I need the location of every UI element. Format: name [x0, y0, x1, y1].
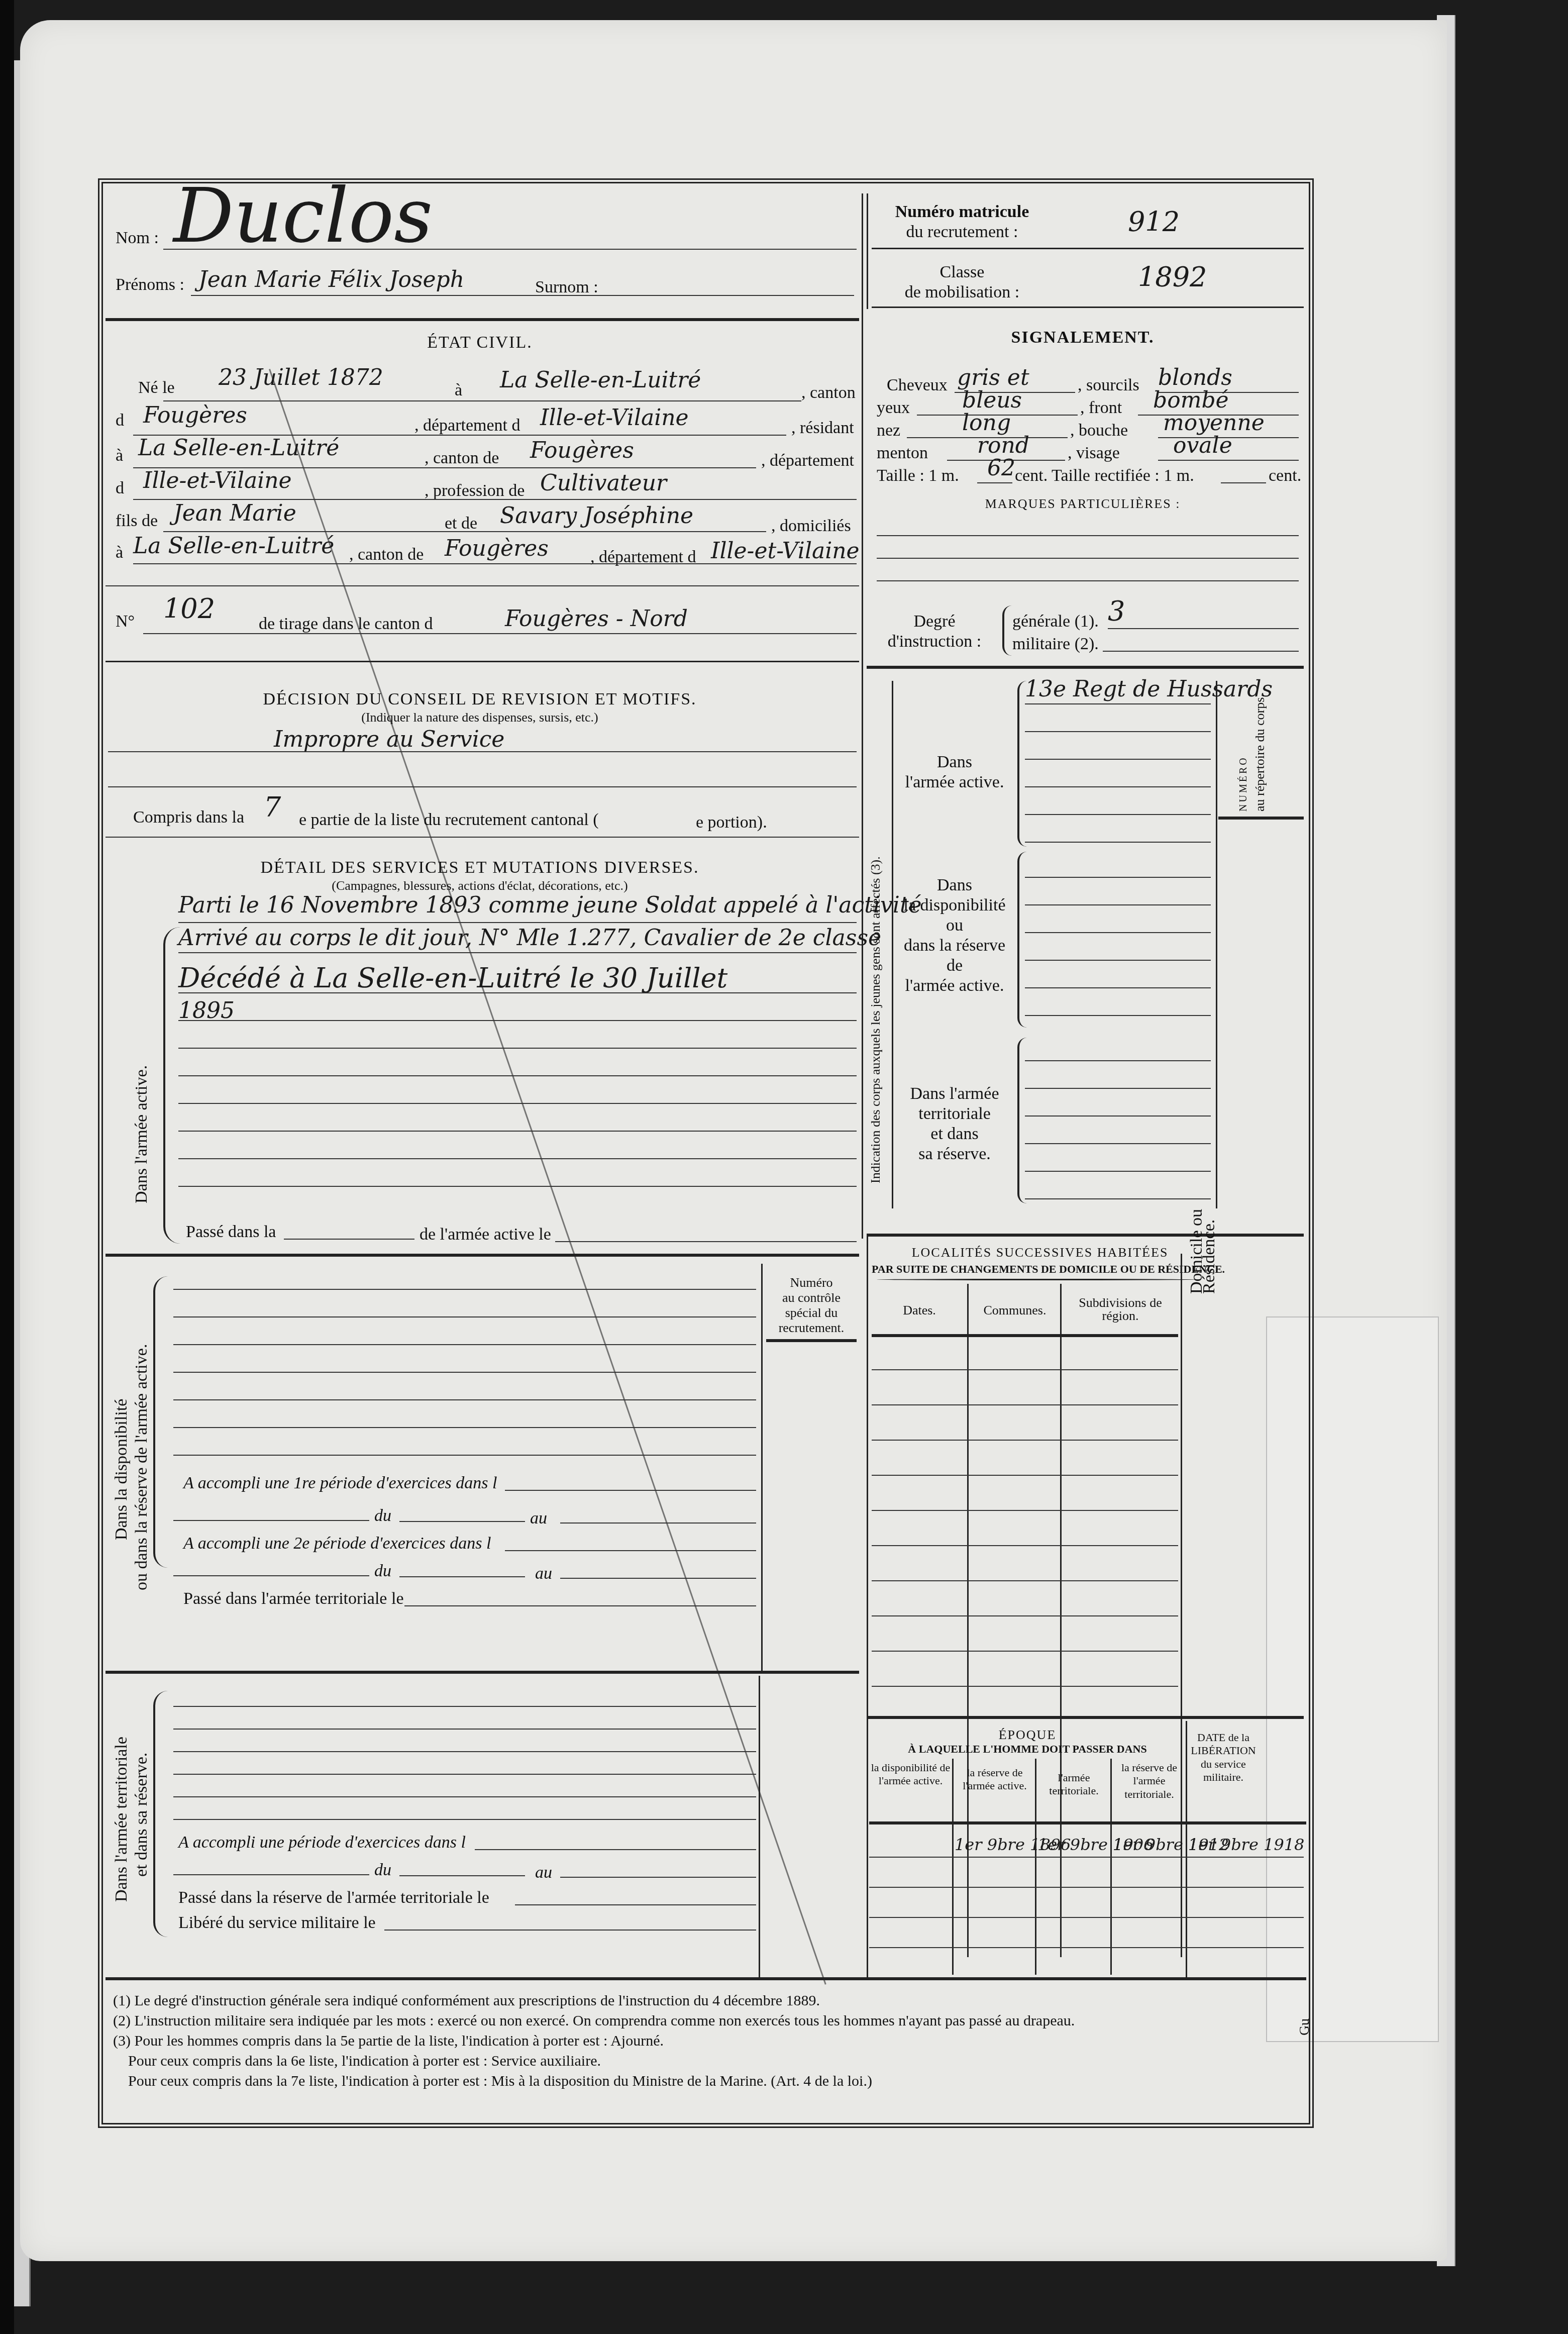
- corps-active-label-1: Dans: [897, 754, 1012, 771]
- epoque-col-territoriale: l'armée territoriale.: [1037, 1771, 1110, 1798]
- localites-title: LOCALITÉS SUCCESSIVES HABITÉES: [877, 1246, 1203, 1259]
- services-title: DÉTAIL DES SERVICES ET MUTATIONS DIVERSE…: [203, 859, 756, 876]
- yeux-label: yeux: [877, 399, 910, 417]
- services-subtitle: (Campagnes, blessures, actions d'éclat, …: [229, 879, 731, 892]
- column-divider: [862, 193, 863, 1239]
- underline: [173, 1455, 756, 1456]
- epoque-subtitle: À LAQUELLE L'HOMME DOIT PASSER DANS: [872, 1744, 1183, 1755]
- underline: [173, 1316, 756, 1317]
- decision-title: DÉCISION DU CONSEIL DE REVISION ET MOTIF…: [203, 691, 756, 708]
- canton-de-label: , canton de: [425, 450, 499, 467]
- underline: [173, 1575, 369, 1576]
- divider: [106, 585, 859, 586]
- underline: [515, 1904, 756, 1905]
- underline: [1108, 628, 1299, 629]
- underline: [173, 1774, 756, 1775]
- terr-vertical-label-2: et dans sa réserve.: [133, 1753, 150, 1877]
- underline: [872, 1545, 1178, 1546]
- divider: [766, 1339, 857, 1342]
- profession-label: , profession de: [425, 482, 525, 499]
- libere-label: Libéré du service militaire le: [178, 1914, 376, 1932]
- underline: [869, 1917, 1304, 1918]
- passe-label-1: Passé dans la: [186, 1224, 276, 1241]
- nez-label: nez: [877, 422, 900, 439]
- corps-terr-brace: [1017, 1038, 1027, 1203]
- corps-dispo-label-1: la disponibilité: [897, 897, 1012, 914]
- parents-canton-label: , canton de: [349, 546, 424, 563]
- service-line-2: Arrivé au corps le dit jour, N° Mle 1.27…: [178, 927, 881, 949]
- underline: [173, 1427, 756, 1428]
- divider: [867, 666, 1304, 669]
- dispo-vertical-label-1: Dans la disponibilité: [113, 1399, 130, 1540]
- underline: [173, 1344, 756, 1345]
- service-line-3: Décédé à La Selle-en-Luitré le 30 Juille…: [178, 965, 727, 992]
- footnote-1: (1) Le degré d'instruction générale sera…: [113, 1992, 1299, 2009]
- localites-col-subdivisions: Subdivisions de région.: [1063, 1296, 1178, 1323]
- underline: [1025, 1198, 1211, 1199]
- form-frame: Nom : Duclos Prénoms : Jean Marie Félix …: [98, 178, 1314, 2128]
- underline: [505, 1550, 756, 1551]
- fils-de-label: fils de: [116, 513, 158, 530]
- corps-dispo-label-5: l'armée active.: [897, 977, 1012, 994]
- underline: [173, 1289, 756, 1290]
- underline: [505, 1490, 756, 1491]
- taille-end: cent.: [1269, 467, 1301, 484]
- signalement-title: SIGNALEMENT.: [957, 329, 1208, 346]
- birth-date: 23 Juillet 1872: [219, 367, 383, 389]
- active-vertical-label: Dans l'armée active.: [133, 1065, 150, 1203]
- corps-active-brace: [1017, 681, 1027, 847]
- underline: [872, 1404, 1178, 1405]
- d-label: d: [116, 412, 124, 429]
- divider: [872, 248, 1304, 249]
- decision-value: Impropre au Service: [274, 729, 504, 751]
- front-value: bombé: [1153, 389, 1229, 412]
- underline: [178, 1158, 857, 1159]
- column-divider: [867, 1234, 868, 1977]
- parents-canton: Fougères: [445, 538, 549, 560]
- sourcils-label: , sourcils: [1078, 377, 1139, 394]
- service-line-1: Parti le 16 Novembre 1893 comme jeune So…: [178, 894, 922, 917]
- underline: [178, 922, 857, 923]
- underline: [977, 482, 1012, 483]
- underline: [877, 580, 1299, 581]
- edge-text: Gu: [1298, 2018, 1312, 2036]
- numero-repertoire-divider: [1216, 681, 1217, 1208]
- underline: [173, 1751, 756, 1752]
- visage-label: , visage: [1068, 445, 1120, 462]
- underline: [1025, 932, 1211, 933]
- divider: [872, 307, 1304, 308]
- underline: [173, 1796, 756, 1797]
- au-label: au: [530, 1510, 547, 1527]
- service-line-4: 1895: [178, 1000, 235, 1022]
- underline: [872, 1369, 1178, 1370]
- instruction-label-2: d'instruction :: [877, 633, 992, 650]
- underline: [1025, 1143, 1211, 1144]
- underline: [1025, 842, 1211, 843]
- ne-le-label: Né le: [138, 379, 175, 396]
- corps-active-label-2: l'armée active.: [897, 774, 1012, 791]
- numero-controle-3: spécial du: [766, 1306, 857, 1320]
- birth-canton: Fougères: [143, 404, 247, 427]
- underline: [1025, 1088, 1211, 1089]
- footnote-3: (3) Pour les hommes compris dans la 5e p…: [113, 2033, 1299, 2050]
- periode1-label: A accompli une 1re période d'exercices d…: [183, 1475, 497, 1492]
- underline: [1025, 786, 1211, 787]
- underline: [1025, 731, 1211, 732]
- corps-active-value: 13e Regt de Hussards: [1025, 678, 1273, 700]
- matricule-label-1: Numéro matricule: [887, 204, 1037, 221]
- underline: [872, 1440, 1178, 1441]
- nom-underline: [163, 249, 857, 250]
- parents-a-label: à: [116, 544, 123, 561]
- terr-vertical-label-1: Dans l'armée territoriale: [113, 1737, 130, 1902]
- underline: [1221, 482, 1266, 483]
- localites-col-divider: [967, 1284, 969, 1957]
- taille-label: Taille : 1 m.: [877, 467, 959, 484]
- localites-side-label-2: Résidence.: [1201, 1220, 1218, 1294]
- a-label: à: [455, 382, 462, 399]
- nom-label: Nom :: [116, 230, 159, 247]
- passe-reserve-label: Passé dans la réserve de l'armée territo…: [178, 1889, 489, 1906]
- corps-dispo-label-2: ou: [897, 917, 1012, 934]
- underline: [163, 400, 801, 401]
- yeux-value: bleus: [962, 389, 1022, 412]
- epoque-title: ÉPOQUE: [872, 1729, 1183, 1742]
- compris-partie: 7: [264, 794, 281, 821]
- corps-terr-label-3: sa réserve.: [897, 1146, 1012, 1163]
- epoque-col-divider: [952, 1759, 954, 1975]
- marques-title: MARQUES PARTICULIÈRES :: [957, 497, 1208, 511]
- underline: [555, 1241, 857, 1242]
- bouche-value: moyenne: [1163, 412, 1265, 434]
- residence-departement: Ille-et-Vilaine: [143, 470, 292, 492]
- underline: [1025, 877, 1211, 878]
- classe-label-1: Classe: [887, 264, 1037, 281]
- domicilies-label: , domiciliés: [771, 518, 851, 535]
- decision-subtitle: (Indiquer la nature des dispenses, sursi…: [254, 711, 706, 724]
- prenoms-underline: [191, 295, 854, 296]
- footnote-4: Pour ceux compris dans la 6e liste, l'in…: [113, 2053, 1314, 2070]
- birth-departement: Ille-et-Vilaine: [540, 407, 689, 429]
- underline: [178, 1048, 857, 1049]
- classe-value: 1892: [1138, 264, 1207, 291]
- terr-brace: [153, 1691, 168, 1937]
- footnote-2: (2) L'instruction militaire sera indiqué…: [113, 2012, 1299, 2029]
- nom-value: Duclos: [173, 178, 433, 254]
- tirage-no-label: N°: [116, 613, 135, 630]
- father-name: Jean Marie: [173, 502, 296, 525]
- underline: [872, 1651, 1178, 1652]
- underline: [869, 1947, 1304, 1948]
- underline: [560, 1877, 756, 1878]
- divider: [872, 1334, 1178, 1337]
- underline: [1025, 1171, 1211, 1172]
- underline: [475, 1849, 756, 1850]
- corps-terr-label-2: et dans: [897, 1126, 1012, 1143]
- departement-label: , département d: [414, 417, 520, 434]
- divider: [1218, 817, 1304, 820]
- taille-value: 62: [987, 457, 1015, 479]
- underline: [108, 786, 857, 787]
- terr-periode-label: A accompli une période d'exercices dans …: [178, 1834, 466, 1851]
- dispo-vertical-label-2: ou dans la réserve de l'armée active.: [133, 1344, 150, 1590]
- divider: [106, 1671, 859, 1674]
- prenoms-value: Jean Marie Félix Joseph: [198, 269, 464, 291]
- underline: [1025, 759, 1211, 760]
- departement2-label: , département: [761, 452, 854, 469]
- underline: [877, 558, 1299, 559]
- numero-controle-2: au contrôle: [766, 1291, 857, 1304]
- numero-controle-divider: [761, 1264, 763, 1671]
- epoque-col-reserve-territoriale: la réserve de l'armée territoriale.: [1113, 1761, 1186, 1801]
- underline: [178, 1075, 857, 1076]
- tirage-text: de tirage dans le canton d: [259, 616, 433, 633]
- underline: [284, 1239, 414, 1240]
- underline: [173, 1399, 756, 1400]
- parents-dept: Ille-et-Vilaine: [711, 540, 860, 562]
- underline: [173, 1874, 369, 1875]
- parents-place: La Selle-en-Luitré: [133, 535, 334, 557]
- underline: [399, 1875, 525, 1876]
- liberation-label: DATE de la LIBÉRATION du service militai…: [1188, 1731, 1259, 1784]
- cheveux-label: Cheveux: [887, 377, 948, 394]
- du-label: du: [374, 1507, 391, 1525]
- militaire-label: militaire (2).: [1012, 636, 1099, 653]
- residence-place: La Selle-en-Luitré: [138, 437, 339, 459]
- classe-label-2: de mobilisation :: [887, 284, 1037, 301]
- underline: [108, 751, 857, 752]
- underline: [399, 1576, 525, 1577]
- underline: [173, 1706, 756, 1707]
- front-label: , front: [1080, 399, 1122, 417]
- underline: [404, 1605, 756, 1606]
- underline: [1025, 987, 1211, 988]
- underline: [178, 1020, 857, 1021]
- book-spine: [0, 0, 14, 2334]
- terr-divider: [759, 1676, 760, 1977]
- underline: [1025, 814, 1211, 815]
- generale-label: générale (1).: [1012, 613, 1099, 630]
- underline: [1025, 1015, 1211, 1016]
- passe-label-2: de l'armée active le: [420, 1226, 551, 1243]
- compris-end: e portion).: [696, 814, 767, 831]
- divider: [106, 1977, 1306, 1980]
- underline: [178, 952, 857, 953]
- underline: [872, 1615, 1178, 1616]
- residant-label: , résidant: [791, 420, 854, 437]
- numero-repertoire-label-1: NUMÉRO: [1238, 756, 1248, 811]
- matricule-box-border: [867, 193, 868, 309]
- underline: [1025, 1115, 1211, 1117]
- corps-dispo-label-0: Dans: [897, 877, 1012, 894]
- au-label: au: [535, 1565, 552, 1582]
- au-label: au: [535, 1864, 552, 1881]
- bouche-label: , bouche: [1070, 422, 1128, 439]
- underline: [173, 1372, 756, 1373]
- canton-label: , canton: [801, 384, 856, 401]
- underline: [869, 1857, 1304, 1858]
- underline: [178, 1103, 857, 1104]
- prenoms-label: Prénoms :: [116, 276, 184, 293]
- underline: [133, 563, 857, 564]
- underline: [560, 1578, 756, 1579]
- generale-value: 3: [1108, 598, 1125, 625]
- numero-repertoire-label-2: au répertoire du corps.: [1253, 694, 1267, 811]
- divider: [867, 1234, 1304, 1237]
- underline: [1103, 651, 1299, 652]
- tirage-canton: Fougères - Nord: [505, 608, 688, 630]
- underline: [560, 1523, 756, 1524]
- epoque-col-divider: [1035, 1759, 1036, 1975]
- underline: [877, 535, 1299, 536]
- epoque-col-divider: [1110, 1759, 1112, 1975]
- cheveux-value: gris et: [957, 367, 1029, 389]
- sourcils-value: blonds: [1158, 367, 1232, 389]
- d2-label: d: [116, 480, 124, 497]
- underline: [178, 992, 857, 993]
- tirage-number: 102: [163, 595, 215, 623]
- instruction-label-1: Degré: [877, 613, 992, 630]
- liberation-value: 1er 9bre 1918: [1188, 1837, 1304, 1853]
- dispo-brace: [153, 1276, 168, 1568]
- underline: [173, 1520, 369, 1521]
- residence-canton: Fougères: [530, 440, 634, 462]
- taille-cent-label: cent. Taille rectifiée : 1 m.: [1015, 467, 1194, 484]
- matricule-label-2: du recrutement :: [887, 224, 1037, 241]
- underline: [1025, 1060, 1211, 1061]
- corps-terr-label-1: territoriale: [897, 1105, 1012, 1123]
- underline: [173, 1819, 756, 1820]
- underline: [872, 1475, 1178, 1476]
- underline: [178, 1131, 857, 1132]
- profession-value: Cultivateur: [540, 472, 667, 494]
- localites-brace: [877, 1279, 1198, 1280]
- surnom-label: Surnom :: [535, 279, 598, 296]
- divider: [106, 661, 859, 662]
- underline: [1158, 460, 1299, 461]
- corps-dispo-brace: [1017, 852, 1027, 1028]
- underline: [1025, 960, 1211, 961]
- underline: [173, 1729, 756, 1730]
- corps-dispo-label-3: dans la réserve: [897, 937, 1012, 954]
- localites-col-divider: [1060, 1284, 1062, 1957]
- du-label: du: [374, 1862, 391, 1879]
- localites-col-dates: Dates.: [872, 1304, 967, 1317]
- underline: [1025, 703, 1211, 704]
- visage-value: ovale: [1173, 435, 1232, 457]
- divider: [106, 837, 859, 838]
- underline: [1025, 904, 1211, 905]
- epoque-col-disponibilite: la disponibilité de l'armée active.: [869, 1761, 952, 1788]
- corps-terr-label-0: Dans l'armée: [897, 1085, 1012, 1102]
- underline: [133, 499, 857, 500]
- numero-controle-4: recrutement.: [766, 1322, 857, 1335]
- divider: [867, 1716, 1304, 1719]
- underline: [872, 1580, 1178, 1581]
- etat-civil-title: ÉTAT CIVIL.: [354, 334, 605, 351]
- passe-terr-label: Passé dans l'armée territoriale le: [183, 1590, 404, 1607]
- divider: [106, 318, 859, 321]
- footnote-5: Pour ceux compris dans la 7e liste, l'in…: [113, 2073, 1314, 2090]
- nez-value: long: [962, 412, 1011, 434]
- underline: [399, 1521, 525, 1522]
- underline: [163, 531, 766, 532]
- compris-label: Compris dans la: [133, 809, 244, 826]
- underline: [143, 633, 857, 634]
- corps-vertical-label: Indication des corps auxquels les jeunes…: [869, 856, 882, 1183]
- active-brace: [163, 927, 180, 1244]
- matricule-value: 912: [1128, 209, 1180, 236]
- birth-place: La Selle-en-Luitré: [500, 369, 701, 391]
- instruction-brace: [1002, 605, 1012, 656]
- divider: [106, 1254, 859, 1257]
- menton-label: menton: [877, 445, 928, 462]
- et-de-label: et de: [445, 515, 477, 532]
- divider: [869, 1821, 1306, 1824]
- mother-name: Savary Joséphine: [500, 505, 693, 527]
- corps-dispo-label-4: de: [897, 957, 1012, 974]
- underline: [384, 1930, 756, 1931]
- underline: [872, 1686, 1178, 1687]
- underline: [178, 1186, 857, 1187]
- underline: [869, 1887, 1304, 1888]
- periode2-label: A accompli une 2e période d'exercices da…: [183, 1535, 491, 1552]
- underline: [872, 1510, 1178, 1511]
- corps-divider: [892, 681, 893, 1208]
- localites-subtitle: PAR SUITE DE CHANGEMENTS DE DOMICILE OU …: [872, 1264, 1213, 1275]
- residence-a-label: à: [116, 447, 123, 464]
- compris-mid: e partie de la liste du recrutement cant…: [299, 811, 599, 829]
- du-label: du: [374, 1563, 391, 1580]
- epoque-col-reserve-active: la réserve de l'armée active.: [955, 1766, 1035, 1793]
- numero-controle-1: Numéro: [766, 1276, 857, 1289]
- menton-value: rond: [977, 435, 1029, 457]
- localites-col-communes: Communes.: [970, 1304, 1060, 1317]
